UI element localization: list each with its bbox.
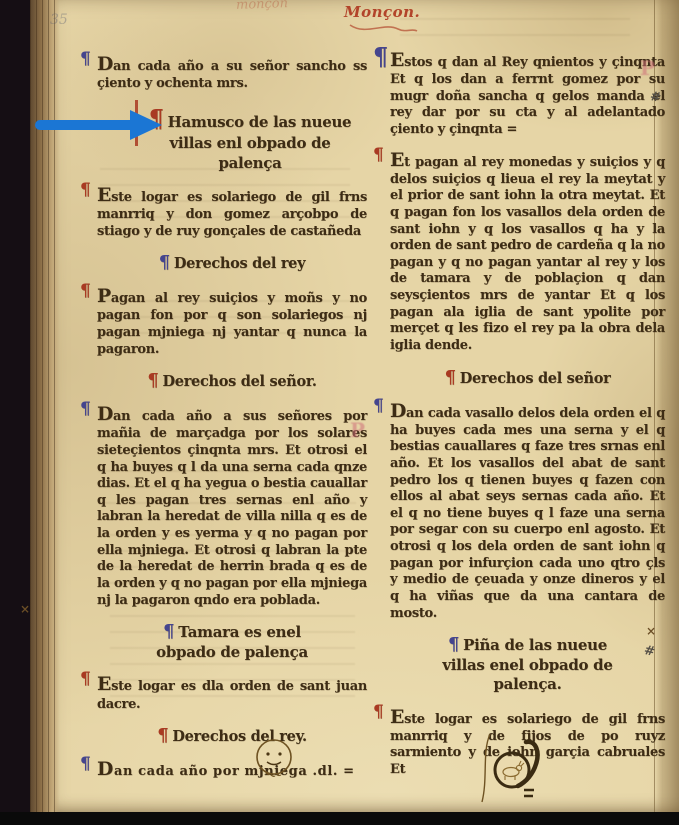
calderon-icon: ¶ [373,42,388,73]
marginal-x-mark: × [646,624,656,638]
folio-number: 35 [50,12,68,28]
page-header-title: Monçon. [344,3,420,21]
faded-header-fragment: monçon [236,0,289,13]
calderon-icon: ¶ [373,702,384,724]
calderon-icon: ¶ [445,367,456,388]
calderon-icon: ¶ [373,396,384,418]
manuscript-photo: 35 monçon Monçon. ¶ Dan cada año a su se… [0,0,679,825]
paragraph-text: Dan cada año a sus señores por mañia de … [97,402,367,609]
manuscript-paragraph: ¶ Dan cada año a su señor sancho ss çien… [95,52,367,93]
paragraph-text: Dan cada año por mjniega .dl. = [97,757,367,781]
calderon-icon: ¶ [157,725,168,746]
paragraph-text: Este logar es dla orden de sant juan dac… [97,672,367,713]
header-flourish-squiggle [348,20,420,38]
manuscript-paragraph: ¶ Dan cada año por mjniega .dl. = [95,757,367,781]
calderon-icon: ¶ [80,669,91,691]
manuscript-paragraph: ¶ Este logar es solariego de gil frns ma… [95,183,367,240]
calderon-icon: ¶ [80,180,91,202]
manuscript-paragraph: ¶ Este logar es dla orden de sant juan d… [95,672,367,713]
section-heading: ¶Derechos del señor. [95,369,367,392]
left-column: ¶ Dan cada año a su señor sancho ss çien… [95,52,367,790]
photo-bottom-border [0,812,679,825]
heading-text: Derechos del rey [174,255,305,272]
right-column: ¶ Estos q dan al Rey qnientos y çinqnta … [388,48,665,788]
heading-text: Piña de las nueue villas enel obpado de … [442,636,612,693]
calderon-icon: ¶ [80,754,91,776]
heading-text: Derechos del señor. [163,373,317,390]
calderon-icon: ¶ [80,49,91,71]
paragraph-text: Estos q dan al Rey qnientos y çinqnta Et… [390,48,665,139]
manuscript-paragraph: ¶ Et pagan al rey monedas y suiçios y q … [388,148,665,355]
manuscript-paragraph: ¶ Dan cada año a sus señores por mañia d… [95,402,367,609]
heading-text: Derechos del señor [460,370,611,387]
paragraph-text: Dan cada vasallo delos dela orden el q h… [390,399,665,623]
calderon-icon: ¶ [373,145,384,167]
paragraph-text: Este logar es solariego de gil frns manr… [97,183,367,240]
paragraph-text: Dan cada año a su señor sancho ss çiento… [97,52,367,93]
heading-text: Hamusco de las nueue villas enl obpado d… [168,113,352,172]
section-heading: ¶Derechos del rey [95,251,367,274]
manuscript-paragraph: ¶ Pagan al rey suiçios y moñs y no pagan… [95,284,367,358]
manuscript-paragraph: ¶ Estos q dan al Rey qnientos y çinqnta … [388,48,665,139]
animal-in-loop-flourish [478,730,558,816]
pink-bleed-mark: P [350,418,365,442]
smiling-face-doodle [252,735,298,783]
tamara-heading: ¶Tamara es enel obpado de palença [140,620,322,662]
calderon-icon: ¶ [80,399,91,421]
pina-heading: ¶Piña de las nueue villas enel obpado de… [431,633,623,694]
manuscript-paragraph: ¶ Dan cada vasallo delos dela orden el q… [388,399,665,623]
paragraph-text: Et pagan al rey monedas y suiçios y q de… [390,148,665,355]
hamusco-heading: ¶Hamusco de las nueue villas enl obpado … [137,104,361,173]
heading-text: Tamara es enel obpado de palença [156,623,308,661]
annotation-arrow [34,106,168,146]
calderon-icon: ¶ [159,252,170,273]
pink-bleed-mark: P [640,56,655,80]
calderon-icon: ¶ [80,281,91,303]
calderon-icon: ¶ [163,621,174,642]
section-heading: ¶Derechos del señor [388,366,665,389]
section-heading: ¶Derechos del rey. [95,724,367,747]
calderon-icon: ¶ [448,634,459,655]
marginal-x-mark: × [20,602,30,616]
paragraph-text: Pagan al rey suiçios y moñs y no pagan f… [97,284,367,358]
calderon-icon: ¶ [147,370,158,391]
